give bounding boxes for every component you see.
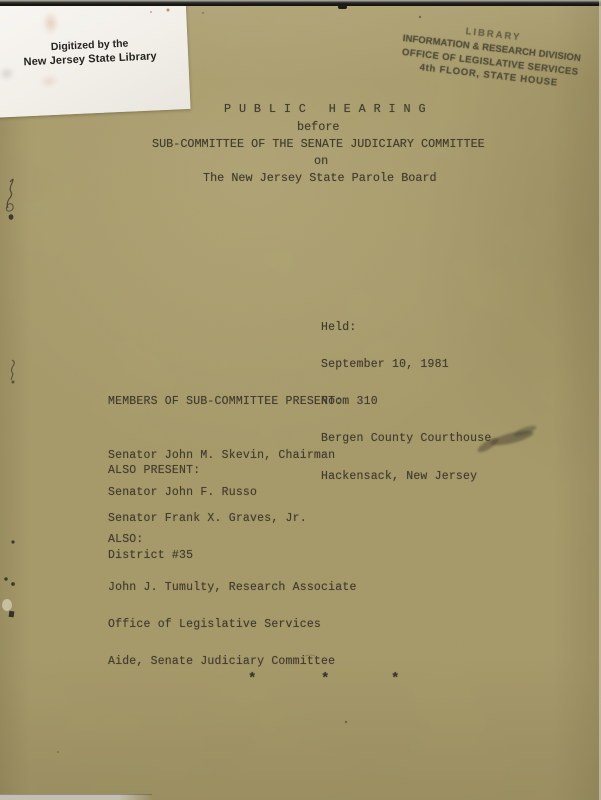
also-row: John J. Tumulty, Research Associate	[108, 582, 357, 594]
held-city: Hackensack, New Jersey	[321, 471, 491, 483]
scan-top-edge	[0, 0, 601, 6]
digitized-label: Digitized by the New Jersey State Librar…	[0, 0, 191, 118]
also-heading: ALSO:	[108, 534, 144, 546]
title-line-subcommittee: SUB-COMMITTEE OF THE SENATE JUDICIARY CO…	[152, 138, 485, 151]
held-heading: Held:	[321, 322, 491, 334]
also-row: Aide, Senate Judiciary Committee	[108, 656, 357, 668]
scan-top-edge-notch	[338, 5, 347, 9]
title-line-subject: The New Jersey State Parole Board	[203, 172, 437, 185]
also-present-heading: ALSO PRESENT:	[108, 465, 200, 477]
asterisk: *	[248, 671, 256, 687]
held-venue: Bergen County Courthouse	[321, 433, 491, 445]
label-smudge	[39, 75, 60, 88]
title-line-on: on	[314, 155, 328, 168]
scan-bottom-edge	[0, 794, 152, 800]
held-room: Room 310	[321, 396, 491, 408]
title-line-before: before	[297, 121, 339, 134]
library-stamp: LIBRARY INFORMATION & RESEARCH DIVISION …	[384, 16, 599, 95]
label-smudge	[42, 11, 59, 36]
member-row: Senator John M. Skevin, Chairman	[108, 450, 335, 462]
asterisk: *	[391, 671, 399, 687]
members-heading: MEMBERS OF SUB-COMMITTEE PRESENT:	[108, 396, 342, 408]
document-page: Digitized by the New Jersey State Librar…	[0, 0, 601, 800]
also-list: John J. Tumulty, Research Associate Offi…	[108, 558, 357, 692]
asterisk: *	[321, 671, 329, 687]
title-line-public-hearing: P U B L I C H E A R I N G	[224, 103, 426, 116]
held-block: Held: September 10, 1981 Room 310 Bergen…	[321, 297, 491, 508]
held-date: September 10, 1981	[321, 359, 491, 371]
also-present-row: Senator Frank X. Graves, Jr.	[108, 513, 307, 525]
also-row: Office of Legislative Services	[108, 619, 357, 631]
